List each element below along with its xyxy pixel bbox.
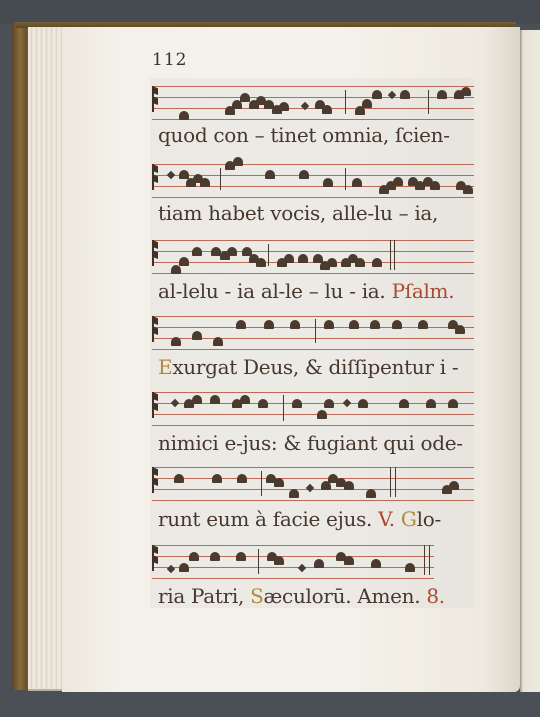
music-staff-7: [152, 545, 434, 579]
rubric-psalm: Pſalm.: [392, 279, 455, 303]
music-staff-1: [152, 86, 474, 120]
music-staff-5: [152, 392, 474, 426]
music-staff-6: [152, 467, 474, 501]
lyric-line-7: ria Patri, Sæculorū. Amen. 8.: [158, 584, 474, 608]
gold-initial-s: S: [250, 584, 263, 608]
facing-page-edge: [520, 30, 540, 692]
lyric-line-5: nimici e-jus: & fugiant qui ode-: [158, 431, 474, 455]
page-stack-edges: [28, 27, 64, 691]
lyric-line-2: tiam habet vocis, alle-lu – ia,: [158, 201, 474, 225]
lyric-line-6: runt eum à facie ejus. V. Glo-: [158, 507, 474, 531]
gold-initial-g: G: [395, 507, 417, 531]
lyric-line-4: Exurgat Deus, & diſſipentur i -: [158, 355, 474, 379]
gold-initial-e: E: [158, 355, 172, 379]
music-staff-4: [152, 316, 474, 350]
lyric-line-1: quod con – tinet omnia, ſcien-: [158, 123, 474, 147]
rubric-versicle: V.: [378, 507, 395, 531]
lyric-line-3: al-lelu - ia al-le – lu - ia. Pſalm.: [158, 279, 474, 303]
rubric-mode-number: 8.: [426, 584, 444, 608]
music-staff-3: [152, 240, 474, 274]
music-staff-2: [152, 164, 474, 198]
page-number: 112: [152, 50, 187, 70]
photo-backdrop: [0, 0, 540, 24]
